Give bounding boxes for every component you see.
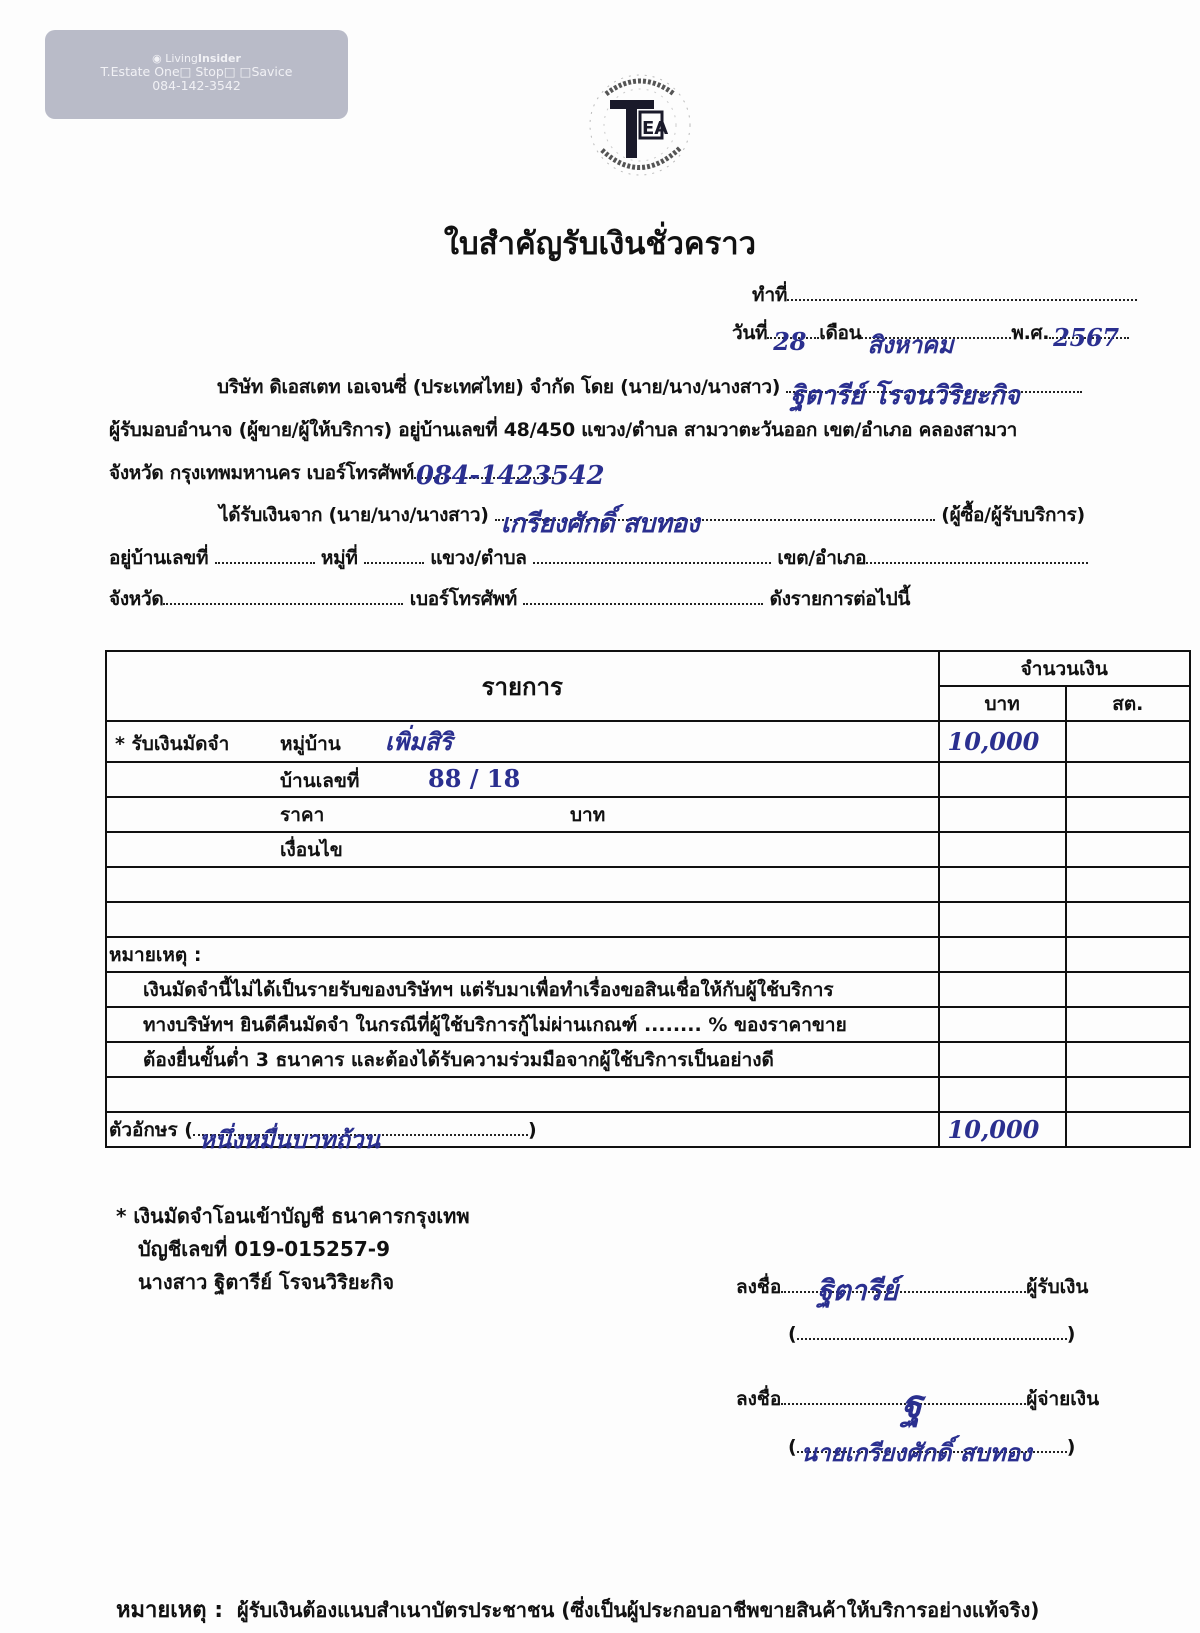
total-baht-cell[interactable]: 10,000 [939, 1112, 1066, 1147]
row-satang-cell[interactable] [1066, 721, 1190, 762]
row-satang-cell[interactable] [1066, 762, 1190, 797]
payer-signature-field[interactable]: ฐ [781, 1403, 1026, 1405]
payer-province-field[interactable] [163, 603, 403, 605]
row-satang-cell[interactable] [1066, 797, 1190, 832]
remarks-label-row: หมายเหตุ : [106, 937, 1190, 972]
payer-moo-field[interactable] [364, 562, 424, 564]
total-row: ตัวอักษร (หนึ่งหมื่นบาทถ้วน) 10,000 [106, 1112, 1190, 1147]
row-baht-cell[interactable] [939, 797, 1066, 832]
bank-account-name: นางสาว ฐิตารีย์ โรจนวิริยะกิจ [116, 1266, 470, 1299]
made-at-input[interactable] [787, 299, 1137, 301]
bank-info: * เงินมัดจำโอนเข้าบัญชี ธนาคารกรุงเทพ บั… [116, 1200, 470, 1299]
payer-phone-field[interactable] [523, 603, 763, 605]
table-row: ราคาบาท [106, 797, 1190, 832]
payer-line: ได้รับเงินจาก (นาย/นาง/นางสาว) เกรียงศัก… [219, 500, 1085, 530]
watermark-phone: 084-142-3542 [45, 79, 348, 93]
row-baht-cell[interactable] [939, 867, 1066, 902]
payer-address-line: อยู่บ้านเลขที่ หมู่ที่ แขวง/ตำบล เขต/อำเ… [109, 543, 1088, 573]
payer-signature-line: ลงชื่อฐผู้จ่ายเงิน [736, 1384, 1099, 1414]
remark-text: ต้องยื่นขั้นต่ำ 3 ธนาคาร และต้องได้รับคว… [106, 1042, 939, 1077]
company-phone-field[interactable]: 084-1423542 [414, 477, 554, 479]
footer-note: หมายเหตุ : ผู้รับเงินต้องแนบสำเนาบัตรประ… [116, 1592, 1039, 1627]
items-table: รายการ จำนวนเงิน บาท สต. * รับเงินมัดจำห… [105, 650, 1191, 1148]
payer-province-line: จังหวัด เบอร์โทรศัพท์ ดังรายการต่อไปนี้ [109, 584, 910, 614]
bank-line-1: * เงินมัดจำโอนเข้าบัญชี ธนาคารกรุงเทพ [116, 1200, 470, 1233]
blank-item-cell[interactable] [106, 1077, 939, 1112]
row-satang-cell[interactable] [1066, 1077, 1190, 1112]
table-row: เงื่อนไข [106, 832, 1190, 867]
receiver-printed-name-field[interactable] [797, 1338, 1067, 1340]
col-amount-header: จำนวนเงิน [939, 651, 1190, 686]
payer-district-field[interactable] [866, 562, 1088, 564]
table-row [106, 902, 1190, 937]
company-address: ผู้รับมอบอำนาจ (ผู้ขาย/ผู้ให้บริการ) อยู… [109, 415, 1017, 445]
remarks-label: หมายเหตุ : [106, 937, 939, 972]
document-title: ใบสำคัญรับเงินชั่วคราว [0, 218, 1200, 268]
village-name-field[interactable]: เพิ่มสิริ [385, 727, 452, 756]
date-year-field[interactable]: 2567 [1049, 337, 1129, 339]
svg-text:EA: EA [642, 118, 668, 139]
payer-printed-name: (นายเกรียงศักดิ์ สบทอง) [788, 1436, 1075, 1458]
date-line: วันที่28เดือนสิงหาคมพ.ศ.2567 [732, 318, 1129, 348]
remark-row: เงินมัดจำนี้ไม่ได้เป็นรายรับของบริษัทฯ แ… [106, 972, 1190, 1007]
watermark-tagline: T.Estate One□ Stop□ □Savice [45, 65, 348, 79]
company-line: บริษัท ดิเอสเตท เอเจนซี่ (ประเทศไทย) จำก… [217, 372, 1082, 402]
total-satang-cell[interactable] [1066, 1112, 1190, 1147]
row-satang-cell[interactable] [1066, 832, 1190, 867]
blank-item-cell[interactable] [106, 902, 939, 937]
row-baht-cell[interactable] [939, 832, 1066, 867]
col-satang-header: สต. [1066, 686, 1190, 721]
payer-house-no-field[interactable] [215, 562, 315, 564]
col-baht-header: บาท [939, 686, 1066, 721]
amount-words-field[interactable]: หนึ่งหมื่นบาทถ้วน [193, 1134, 528, 1136]
table-row: * รับเงินมัดจำหมู่บ้านเพิ่มสิริ 10,000 [106, 721, 1190, 762]
table-row: บ้านเลขที่88 / 18 [106, 762, 1190, 797]
table-row [106, 1077, 1190, 1112]
row-satang-cell[interactable] [1066, 867, 1190, 902]
receiver-signature-field[interactable]: ฐิตารีย์ [781, 1291, 1026, 1293]
made-at-field: ทำที่ [752, 280, 1137, 310]
remark-row: ต้องยื่นขั้นต่ำ 3 ธนาคาร และต้องได้รับคว… [106, 1042, 1190, 1077]
company-phone-line: จังหวัด กรุงเทพมหานคร เบอร์โทรศัพท์084-1… [109, 458, 554, 488]
remark-row: ทางบริษัทฯ ยินดีคืนมัดจำ ในกรณีที่ผู้ใช้… [106, 1007, 1190, 1042]
remark-text: ทางบริษัทฯ ยินดีคืนมัดจำ ในกรณีที่ผู้ใช้… [106, 1007, 939, 1042]
row-baht-cell[interactable] [939, 902, 1066, 937]
payer-printed-name-field[interactable]: นายเกรียงศักดิ์ สบทอง [797, 1451, 1067, 1453]
payer-name-field[interactable]: เกรียงศักดิ์ สบทอง [495, 519, 935, 521]
company-seal-logo: EA [572, 60, 708, 190]
agent-name-field[interactable]: ฐิตารีย์ โรจนวิริยะกิจ [786, 391, 1082, 393]
row-baht-cell[interactable]: 10,000 [939, 721, 1066, 762]
bank-account-number: บัญชีเลขที่ 019-015257-9 [116, 1233, 470, 1266]
receiver-printed-name: () [788, 1323, 1075, 1345]
row-baht-cell[interactable] [939, 1077, 1066, 1112]
date-month-field[interactable]: สิงหาคม [861, 337, 1011, 339]
amount-in-words: ตัวอักษร (หนึ่งหมื่นบาทถ้วน) [106, 1112, 939, 1147]
payer-subdistrict-field[interactable] [533, 562, 771, 564]
row-baht-cell[interactable] [939, 762, 1066, 797]
house-number-field[interactable]: 88 / 18 [428, 764, 520, 793]
table-row [106, 867, 1190, 902]
date-day-field[interactable]: 28 [767, 337, 819, 339]
blank-item-cell[interactable] [106, 867, 939, 902]
row-satang-cell[interactable] [1066, 902, 1190, 937]
tea-company-seal-icon: EA [572, 60, 708, 190]
col-items-header: รายการ [106, 651, 939, 721]
receiver-signature-line: ลงชื่อฐิตารีย์ผู้รับเงิน [736, 1272, 1088, 1302]
watermark-badge: ◉ LivingInsider T.Estate One□ Stop□ □Sav… [45, 30, 348, 119]
remark-text: เงินมัดจำนี้ไม่ได้เป็นรายรับของบริษัทฯ แ… [106, 972, 939, 1007]
